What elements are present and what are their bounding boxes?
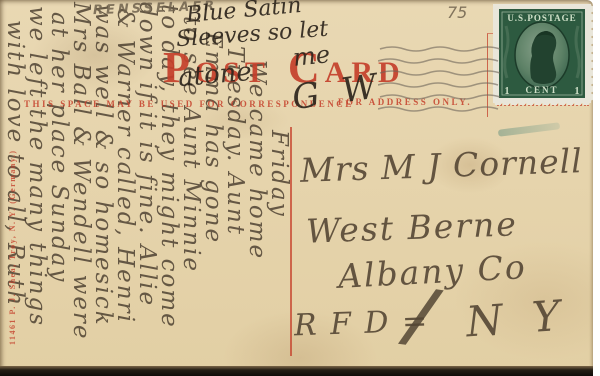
publisher-imprint: 11461 P. J. Shea, Troy, N. Y. (Germany.) (8, 149, 17, 345)
center-divider-line (290, 127, 292, 356)
postage-stamp: U.S.POSTAGE 1 CENT 1 (493, 4, 593, 105)
message-line: Mrs Ball & Wendell were (70, 2, 92, 370)
postcard-back: FridayWe came homeTuesday. AuntEmma has … (0, 0, 593, 376)
ink-smudge (498, 122, 560, 137)
address-state: N Y (464, 291, 569, 347)
address-town: West Berne (305, 204, 518, 250)
postmark-cancel-lines (378, 42, 500, 116)
stamp-top-label: U.S.POSTAGE (507, 13, 576, 23)
pencil-note-price: 75 (447, 3, 467, 22)
message-line: down if it is fine. Allie (136, 2, 158, 370)
ink-note-line4: atone (177, 57, 253, 93)
ink-note-line3: me (292, 40, 332, 72)
address-name: Mrs M J Cornell (299, 141, 583, 190)
stamp-denomination-left: 1 (505, 86, 510, 97)
message-line: we left the many things (26, 2, 48, 370)
stamp-denomination-word: CENT (525, 85, 558, 95)
message-line: & Warner called, Henri (114, 2, 136, 370)
stamp-denomination-right: 1 (575, 86, 580, 97)
message-line: was well & so homesick (92, 2, 114, 370)
card-bottom-edge (0, 366, 593, 376)
message-line: at her place Sunday (48, 2, 70, 370)
